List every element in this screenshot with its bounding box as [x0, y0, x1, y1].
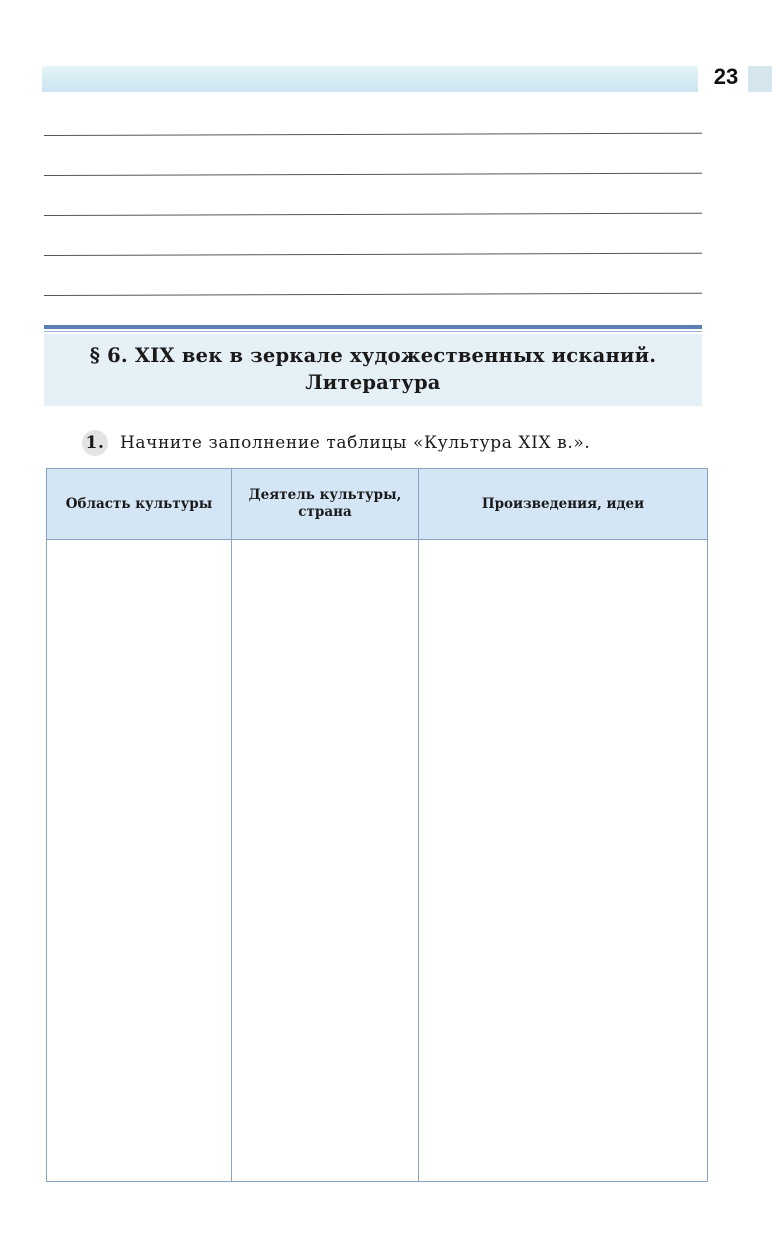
page-number: 23 [706, 62, 746, 92]
task-instruction: 1. Начните заполнение таблицы «Культура … [82, 430, 590, 456]
writing-line[interactable] [44, 293, 702, 296]
task-text: Начните заполнение таблицы «Культура XIX… [120, 433, 590, 453]
table-row [47, 540, 708, 1182]
column-header-field: Область культуры [47, 469, 232, 540]
column-header-works: Произведения, идеи [419, 469, 708, 540]
task-number-badge: 1. [82, 430, 108, 456]
writing-line[interactable] [44, 213, 702, 216]
cell-works[interactable] [419, 540, 708, 1182]
column-header-figure: Деятель культуры, страна [232, 469, 419, 540]
cell-field[interactable] [47, 540, 232, 1182]
section-divider-thin [44, 331, 702, 332]
table-header-row: Область культуры Деятель культуры, стран… [47, 469, 708, 540]
section-divider [44, 325, 702, 329]
page-header-band-edge [748, 66, 772, 92]
section-title-line-1: § 6. XIX век в зеркале художественных ис… [44, 342, 702, 369]
culture-table: Область культуры Деятель культуры, стран… [46, 468, 708, 1182]
writing-line[interactable] [44, 253, 702, 256]
page-header-band [42, 66, 698, 92]
section-title: § 6. XIX век в зеркале художественных ис… [44, 342, 702, 396]
cell-figure[interactable] [232, 540, 419, 1182]
writing-line[interactable] [44, 133, 702, 136]
writing-line[interactable] [44, 173, 702, 176]
section-title-line-2: Литература [44, 369, 702, 396]
